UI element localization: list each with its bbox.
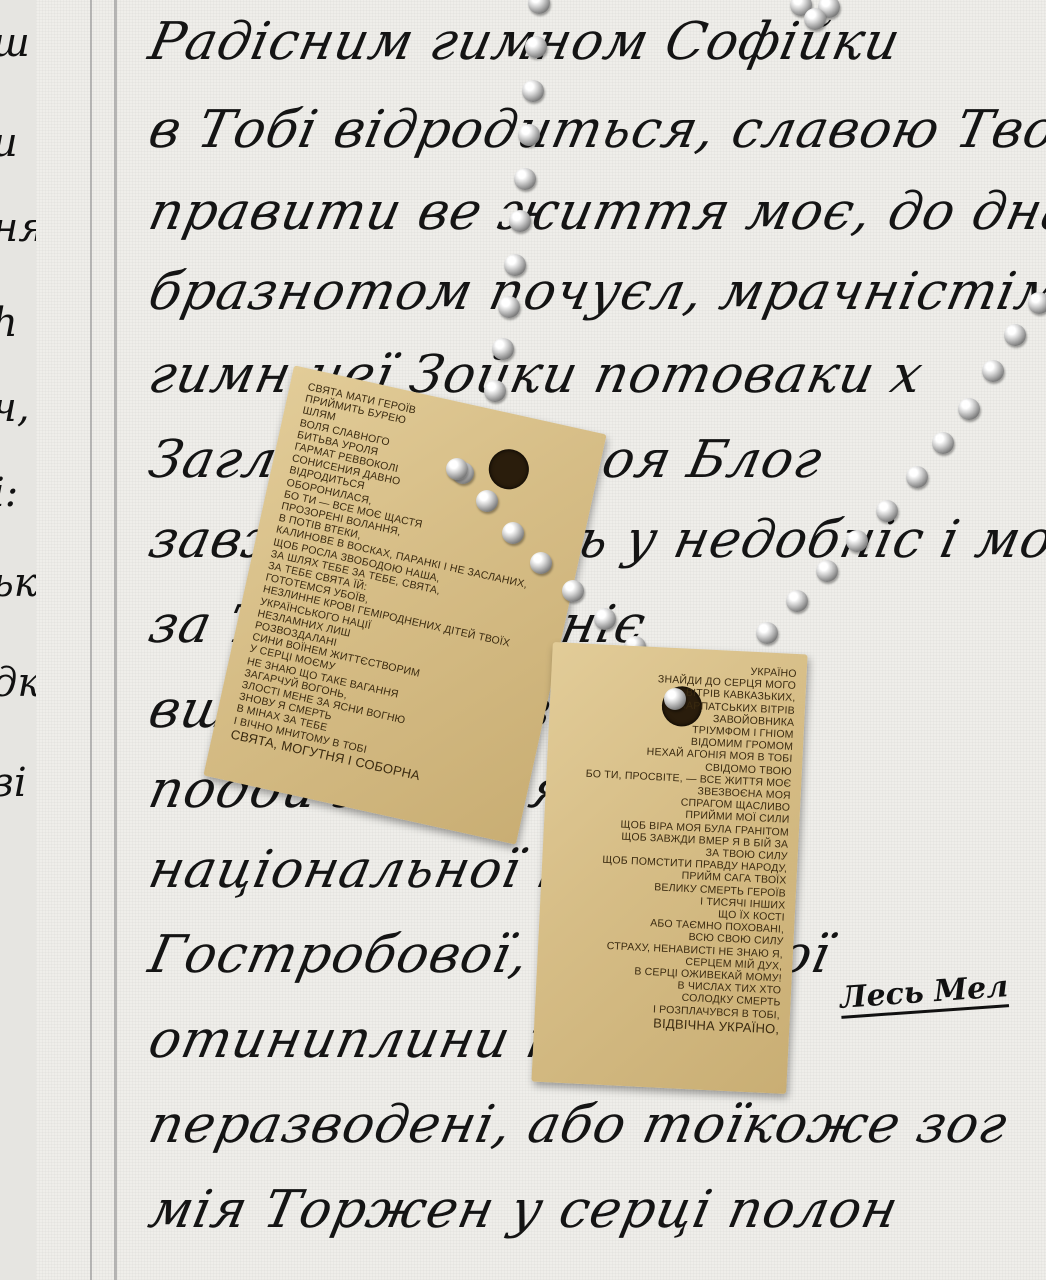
margin-fragment: h — [0, 300, 18, 346]
margin-rule — [90, 0, 92, 1280]
chain-ball-in-hole — [664, 688, 686, 710]
handwriting-line: перазводені, або тоїкоже зог — [144, 1095, 1013, 1155]
chain-ball-in-hole — [446, 458, 468, 480]
tag-engraving: Україно знайди до серця мого вітрів кавк… — [574, 658, 797, 1036]
margin-fragment: зі — [0, 760, 27, 806]
dog-tag-right: Україно знайди до серця мого вітрів кавк… — [531, 642, 807, 1094]
margin-fragment: ч, — [0, 385, 30, 431]
handwriting-line: гимн неї Зойки потоваки х — [144, 345, 929, 405]
margin-fragment: и — [0, 120, 18, 166]
left-page-strip: ш и ня h ч, і: ьк дк зі — [0, 0, 36, 1280]
margin-fragment: і: — [0, 470, 18, 516]
handwriting-line: бразнотом почуєл, мрачністім — [144, 262, 1046, 322]
tag-engraving: Свята мати героїв Приймить бурею Шлям Во… — [230, 381, 561, 796]
margin-fragment: ня — [0, 205, 36, 251]
handwriting-line: правити ве життя моє, до дна — [144, 182, 1046, 242]
handwriting-line: в Тобі відродиться, славою Твою — [144, 100, 1046, 160]
margin-rule — [114, 0, 117, 1280]
margin-fragment: ш — [0, 20, 30, 66]
margin-fragment: дк — [0, 660, 36, 706]
handwriting-line: мія Торжен у серці полон — [144, 1180, 904, 1240]
margin-fragment: ьк — [0, 560, 36, 606]
